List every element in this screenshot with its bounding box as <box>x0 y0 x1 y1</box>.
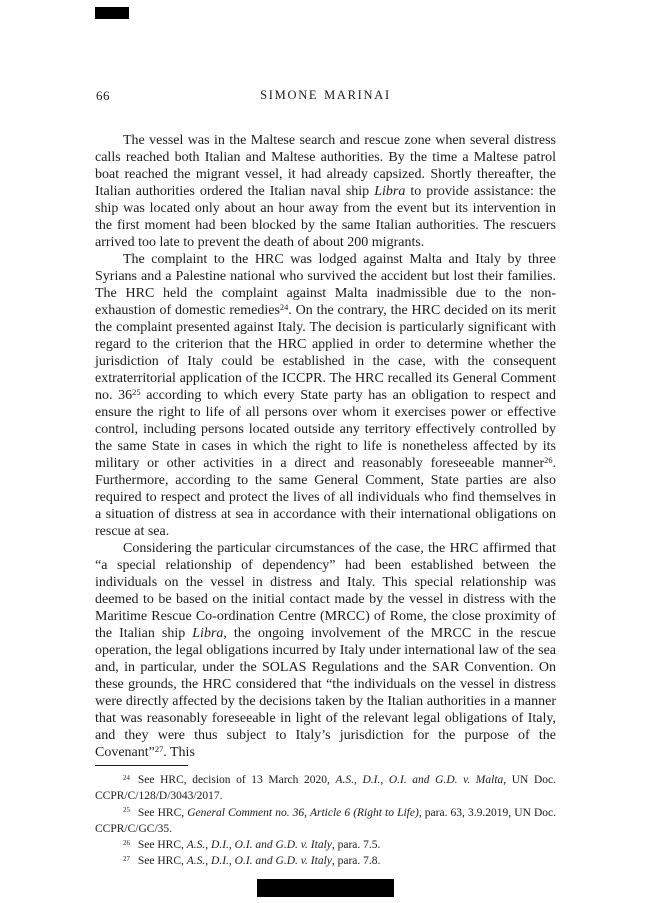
text-run: . This <box>163 745 195 760</box>
running-head: 66 SIMONE MARINAI <box>95 88 556 103</box>
body-text: The vessel was in the Maltese search and… <box>95 132 556 761</box>
text-run: , para. 7.8. <box>332 855 381 867</box>
paragraph: The vessel was in the Maltese search and… <box>95 132 556 251</box>
text-run: See HRC, decision of 13 March 2020, <box>138 774 336 786</box>
paragraph: The complaint to the HRC was lodged agai… <box>95 251 556 540</box>
text-run: , the ongoing involvement of the MRCC in… <box>95 626 556 760</box>
footnotes: 24See HRC, decision of 13 March 2020, A.… <box>95 772 556 870</box>
text-run: See HRC, <box>138 807 187 819</box>
italic-text: Libra <box>192 626 223 641</box>
text-run: according to which every State party has… <box>95 388 556 471</box>
italic-text: A.S., D.I., O.I. and G.D. v. Italy <box>187 855 332 867</box>
page-number: 66 <box>96 88 110 103</box>
footnote: 26See HRC, A.S., D.I., O.I. and G.D. v. … <box>95 837 556 853</box>
footnote-ref: 27 <box>155 745 163 754</box>
page-content: 66 SIMONE MARINAI The vessel was in the … <box>95 88 556 870</box>
text-run: , para. 7.5. <box>332 839 381 851</box>
document-page: 66 SIMONE MARINAI The vessel was in the … <box>0 0 650 903</box>
footnote-marker: 25 <box>123 807 130 814</box>
footnote: 27See HRC, A.S., D.I., O.I. and G.D. v. … <box>95 853 556 869</box>
italic-text: A.S., D.I., O.I. and G.D. v. Malta <box>335 774 503 786</box>
footnote-marker: 24 <box>123 775 130 782</box>
scan-artifact-bottom <box>257 879 394 897</box>
running-header-title: SIMONE MARINAI <box>95 88 556 103</box>
text-run: See HRC, <box>138 839 187 851</box>
italic-text: General Comment no. 36, Article 6 (Right… <box>187 807 419 819</box>
footnote-ref: 25 <box>132 388 140 397</box>
footnote: 24See HRC, decision of 13 March 2020, A.… <box>95 772 556 805</box>
text-run: See HRC, <box>138 855 187 867</box>
paragraph: Considering the particular circumstances… <box>95 540 556 761</box>
footnote-marker: 27 <box>123 856 130 863</box>
scan-artifact-top <box>95 7 129 19</box>
footnote-separator <box>95 765 188 766</box>
footnote-ref: 24 <box>280 303 288 312</box>
footnote-ref: 26 <box>544 456 552 465</box>
footnote-marker: 26 <box>123 840 130 847</box>
footnote: 25See HRC, General Comment no. 36, Artic… <box>95 805 556 838</box>
italic-text: Libra <box>374 184 405 199</box>
italic-text: A.S., D.I., O.I. and G.D. v. Italy <box>187 839 332 851</box>
